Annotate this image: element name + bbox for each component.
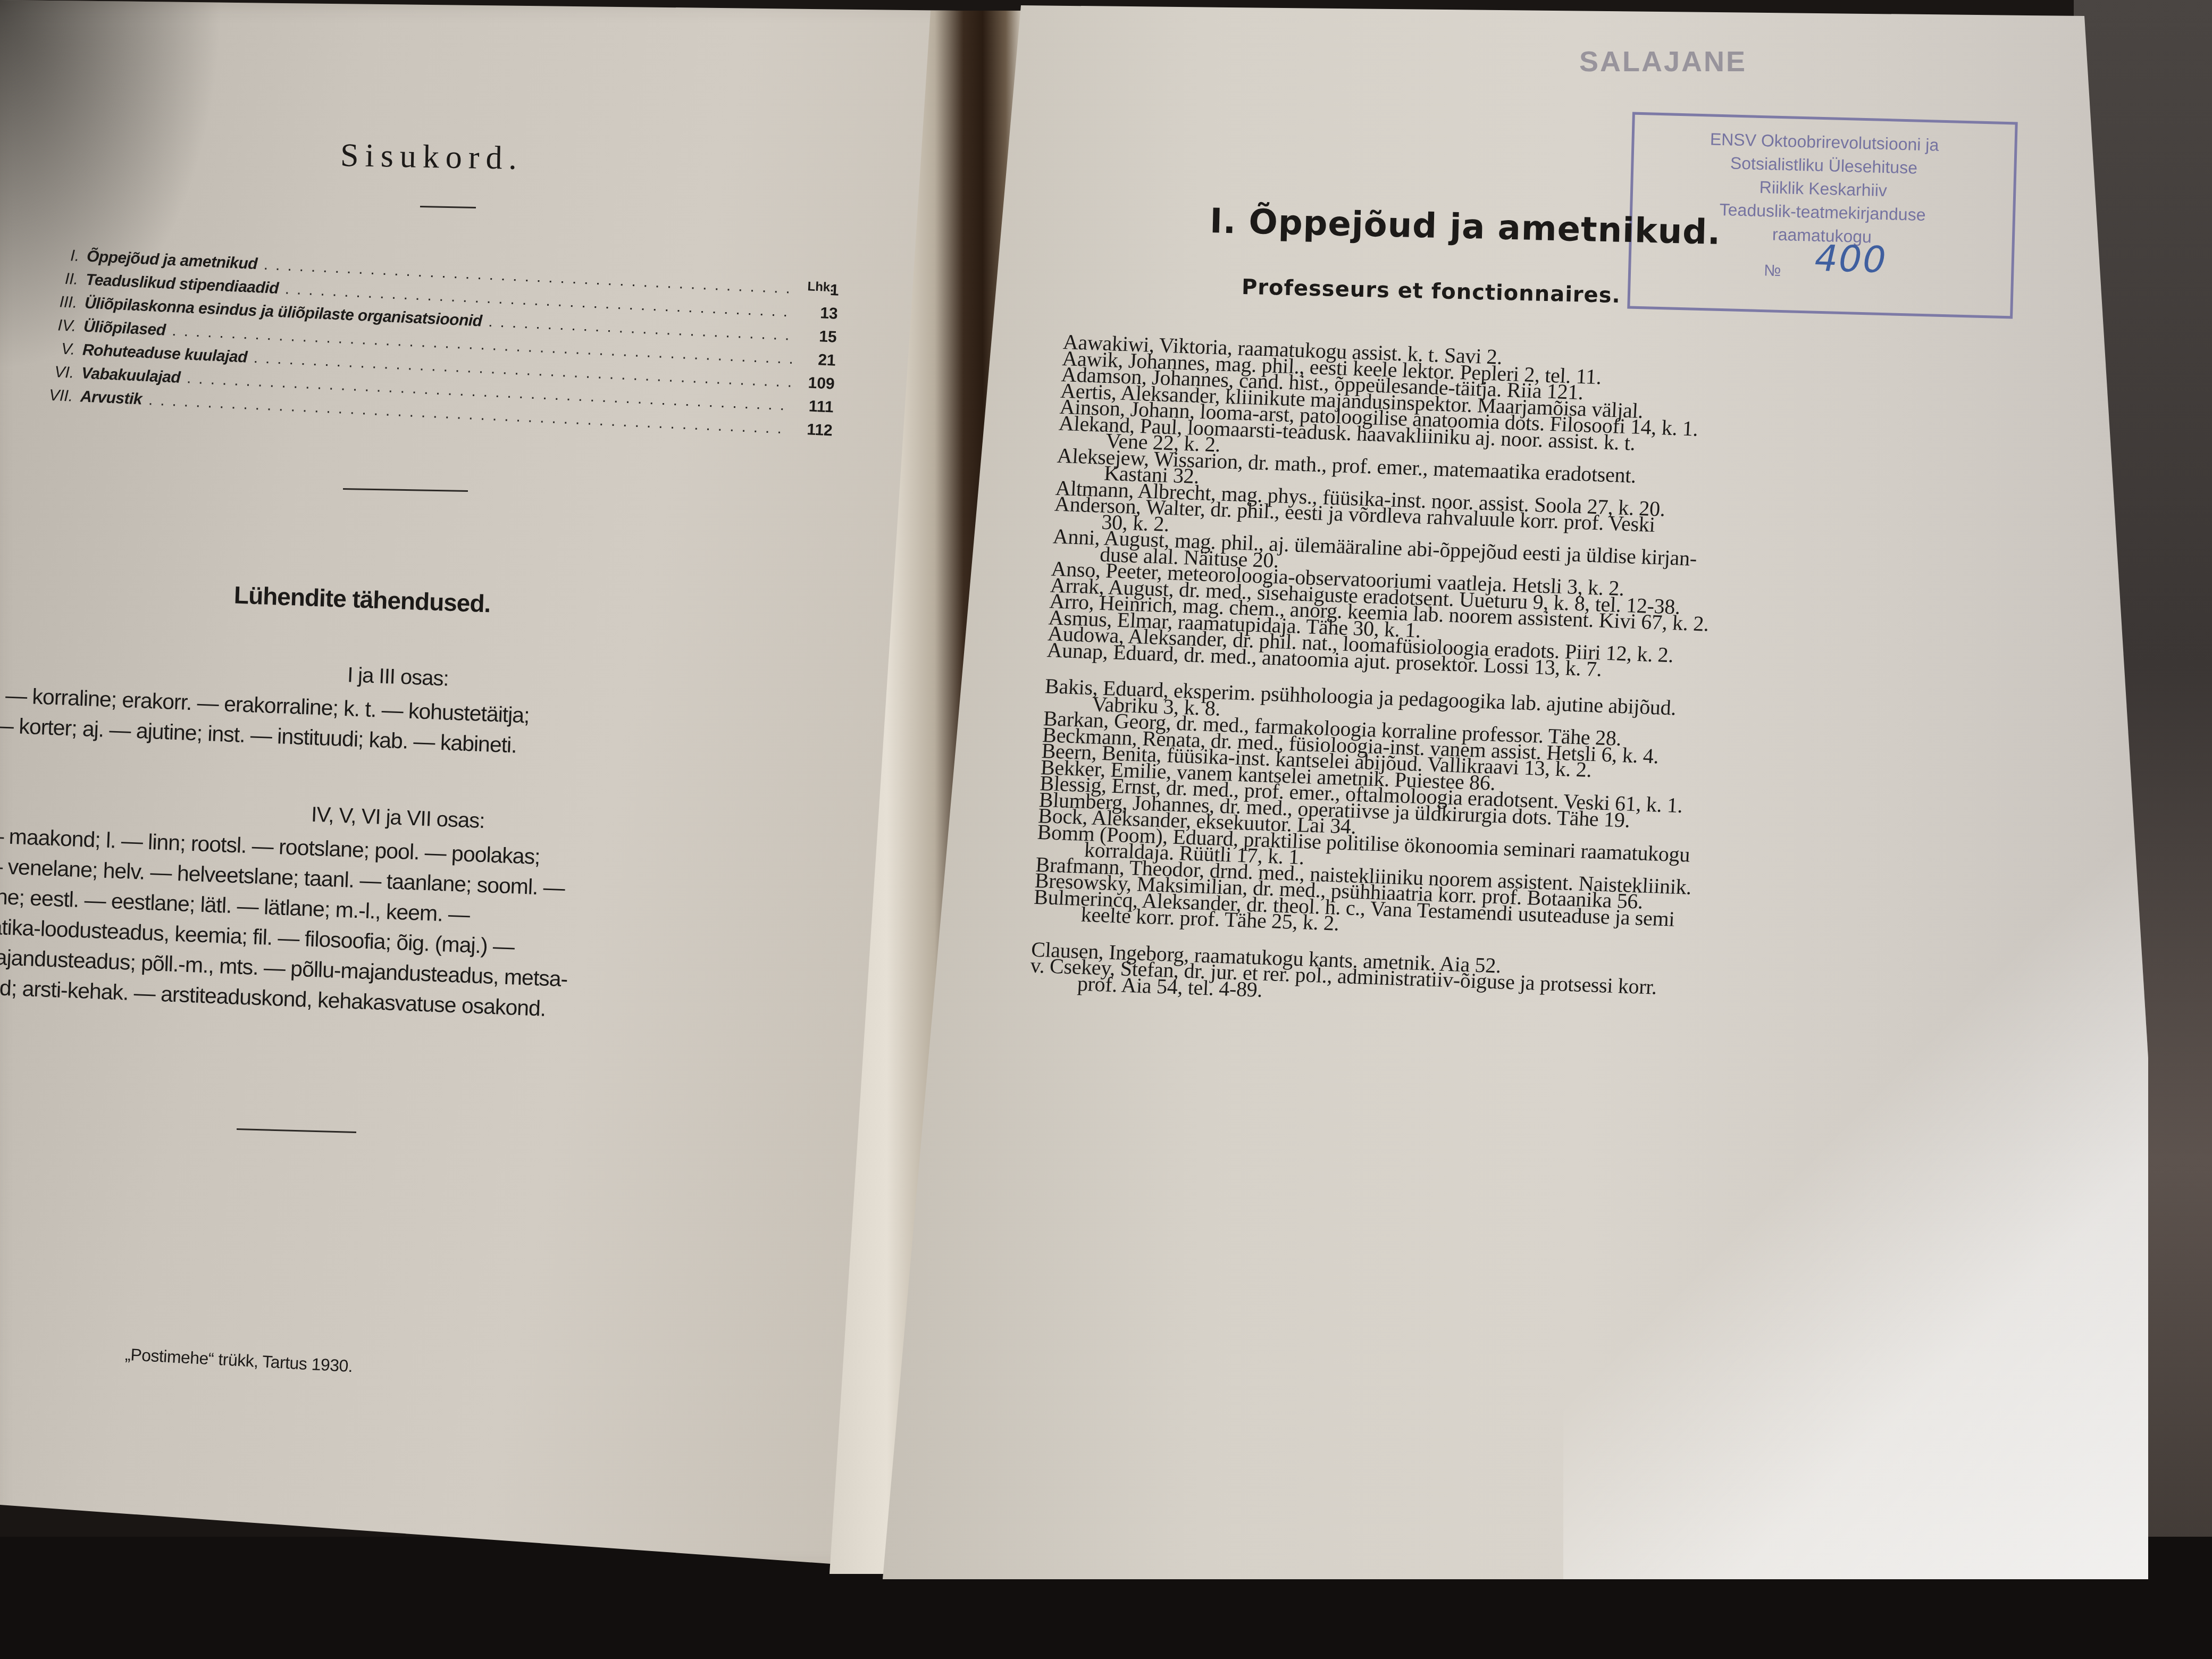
toc-entry-number: VI. [15,362,81,383]
stamp-number-label: № [1764,259,1781,283]
toc-entry-page: 109 [797,374,835,393]
toc-entry-page: 15 [799,327,837,347]
toc-entry-number: IV. [17,315,83,336]
toc-title: Sisukord. [340,137,523,178]
staff-directory: Aawakiwi, Viktoria, raamatukogu assist. … [1029,334,1999,1023]
toc-entry-page: 111 [796,397,834,416]
page-column-label: Lhk. [807,279,834,295]
toc-entry-label: Üliõpilased [83,317,166,339]
toc-entry-number: VII. [14,385,80,406]
toc-entry-number: I. [20,245,87,266]
toc-entry-page: 21 [798,350,836,370]
secret-stamp: SALAJANE [1579,45,1747,78]
abbreviations-group-2: IV, V, VI ja VII osas: — maakond; l. — l… [0,787,813,1034]
toc-entry-page: 112 [795,420,833,440]
stamp-number-handwritten: 400 [1814,247,1887,273]
toc-entry-label: Vabakuulajad [81,364,181,387]
toc-entry-page: 13 [800,304,838,323]
toc-entry-number: V. [16,338,82,359]
toc-entry-number: III. [18,291,85,313]
toc-entry-number: II. [19,268,86,289]
left-page [0,0,973,1574]
toc-entry-label: Arvustik [80,388,142,408]
